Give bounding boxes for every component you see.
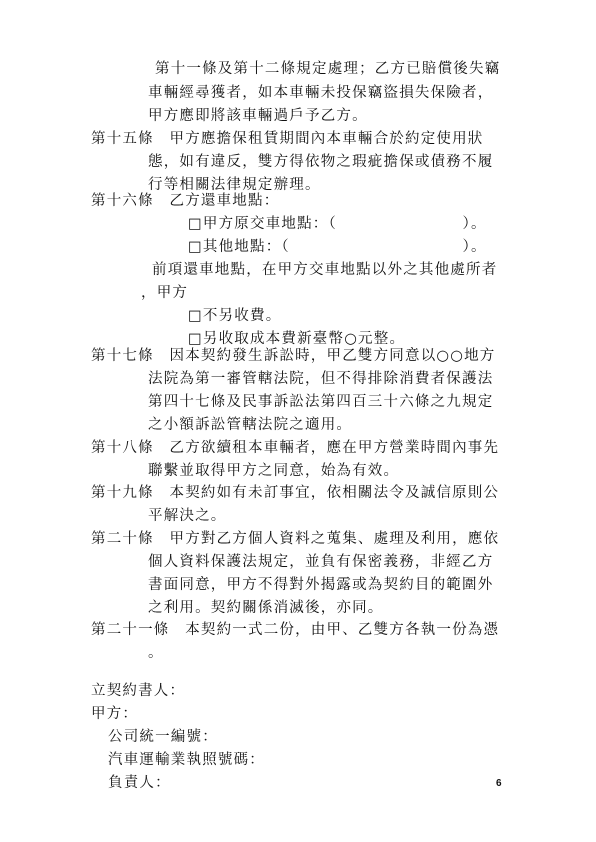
text-line: 第十五條 甲方應擔保租賃期間內本車輛合於約定使用狀 — [91, 130, 484, 148]
document-page: 第十一條及第十二條規定處理；乙方已賠償後失竊車輛經尋獲者，如本車輛未投保竊盜損失… — [0, 0, 596, 842]
text-line: 前項還車地點，在甲方交車地點以外之其他處所者 — [152, 261, 497, 279]
text-line: 第四十七條及民事訴訟法第四百三十六條之九規定 — [148, 393, 493, 411]
text-line: 之小額訴訟管轄法院之適用。 — [148, 416, 352, 434]
text-line: 甲方應即將該車輛過戶予乙方。 — [148, 107, 368, 125]
text-line: 車輛經尋獲者，如本車輛未投保竊盜損失保險者， — [148, 84, 493, 102]
text-line: 書面同意，甲方不得對外揭露或為契約目的範圍外 — [148, 576, 493, 594]
text-line: ，甲方 — [141, 284, 188, 302]
text-line: 公司統一編號： — [108, 728, 218, 746]
text-line: 平解決之。 — [148, 507, 227, 525]
text-line: 汽車運輸業執照號碼： — [108, 751, 265, 769]
text-line: 第二十條 甲方對乙方個人資料之蒐集、處理及利用，應依 — [91, 530, 499, 548]
text-line: 第十九條 本契約如有未訂事宜，依相關法令及誠信原則公 — [91, 484, 499, 502]
page-number: 6 — [496, 778, 502, 789]
text-line: □另收取成本費新臺幣○元整。 — [188, 330, 405, 348]
text-line: □不另收費。 — [188, 307, 281, 325]
text-line: 個人資料保護法規定，並負有保密義務，非經乙方 — [148, 553, 493, 571]
text-line: □甲方原交車地點：（ ）。 — [188, 215, 487, 233]
text-line: 甲方： — [91, 705, 138, 723]
text-line: 法院為第一審管轄法院，但不得排除消費者保護法 — [148, 370, 493, 388]
text-line: 第十八條 乙方欲續租本車輛者，應在甲方營業時間內事先 — [91, 439, 499, 457]
text-line: 。 — [148, 644, 164, 662]
text-line: □其他地點：（ ）。 — [188, 238, 487, 256]
text-line: 之利用。契約關係消滅後，亦同。 — [148, 599, 384, 617]
text-line: 立契約書人： — [91, 682, 185, 700]
text-line: 第十一條及第十二條規定處理；乙方已賠償後失竊 — [155, 60, 500, 78]
text-line: 第十六條 乙方還車地點： — [91, 192, 279, 210]
text-line: 第十七條 因本契約發生訴訟時，甲乙雙方同意以○○地方 — [91, 347, 496, 365]
text-line: 負責人： — [108, 774, 171, 792]
text-line: 第二十一條 本契約一式二份，由甲、乙雙方各執一份為憑 — [91, 621, 499, 639]
text-line: 聯繫並取得甲方之同意，始為有效。 — [148, 462, 399, 480]
text-line: 態，如有違反，雙方得依物之瑕疵擔保或債務不履 — [148, 153, 493, 171]
